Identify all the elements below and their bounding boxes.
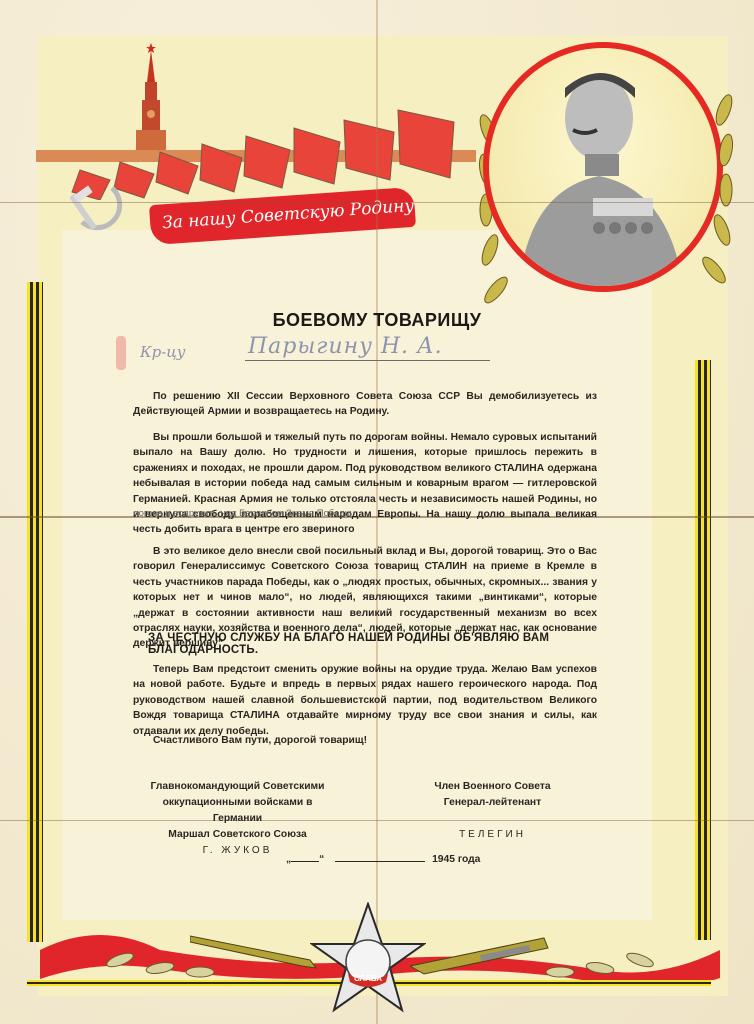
submachine-gun-icon <box>410 936 550 976</box>
rifle-icon <box>190 932 320 972</box>
date-line: „“ 1945 года <box>286 853 480 865</box>
day-blank <box>291 853 319 862</box>
medal-label: СЛАВА <box>354 974 382 983</box>
paragraph-war-path-continued: логова и водрузить над Берлином Знамя По… <box>133 506 597 521</box>
signatory-telegin: Член Военного Совета Генерал-лейтенант Т… <box>420 779 565 843</box>
paragraph-peaceful-labor: Теперь Вам предстоит сменить оружие войн… <box>133 662 597 739</box>
ink-stain <box>116 336 126 370</box>
st-george-ribbon-left <box>27 282 43 942</box>
recipient-name: Парыгину Н. А. <box>248 334 443 359</box>
fold-crease <box>0 202 754 203</box>
signatory-name: ТЕЛЕГИН <box>420 827 565 843</box>
paragraph-demobilization: По решению XII Сессии Верховного Совета … <box>133 389 597 420</box>
paragraph-farewell: Счастливого Вам пути, дорогой товарищ! <box>133 733 597 748</box>
gratitude-statement: ЗА ЧЕСТНУЮ СЛУЖБУ НА БЛАГО НАШЕЙ РОДИНЫ … <box>148 632 608 656</box>
portrait-medallion <box>483 42 723 292</box>
recipient-rank: Кр-цу <box>140 343 185 361</box>
hammer-sickle-icon <box>70 180 130 240</box>
laurel-wreath-icon <box>700 80 744 310</box>
certificate-title: БОЕВОМУ ТОВАРИЩУ <box>0 310 754 331</box>
paragraph-war-path: Вы прошли большой и тяжелый путь по доро… <box>133 430 597 538</box>
signatory-zhukov: Главнокомандующий Советскими оккупационн… <box>150 779 325 859</box>
fold-crease <box>0 820 754 821</box>
order-of-glory-star-icon: СЛАВА <box>310 902 426 1018</box>
month-blank <box>335 853 425 862</box>
recipient-name-line <box>245 360 490 361</box>
st-george-ribbon-right <box>695 360 711 940</box>
